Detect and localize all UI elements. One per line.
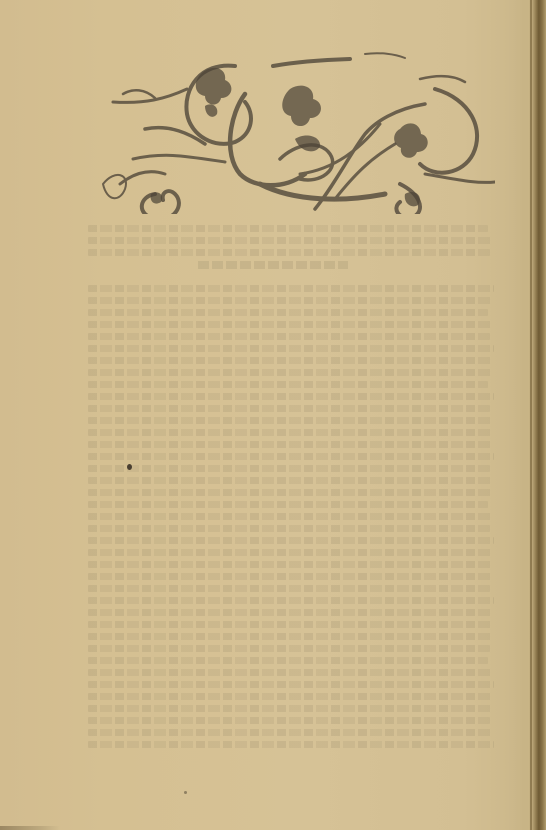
page-corner-scuff bbox=[0, 826, 60, 830]
ink-speck bbox=[127, 464, 132, 470]
bleed-through-text bbox=[88, 215, 498, 750]
ink-speck bbox=[184, 791, 187, 794]
floral-headpiece-ornament bbox=[95, 44, 495, 214]
bleed-through-heading bbox=[198, 261, 348, 269]
page-edge-line bbox=[530, 0, 532, 830]
book-page bbox=[0, 0, 546, 830]
